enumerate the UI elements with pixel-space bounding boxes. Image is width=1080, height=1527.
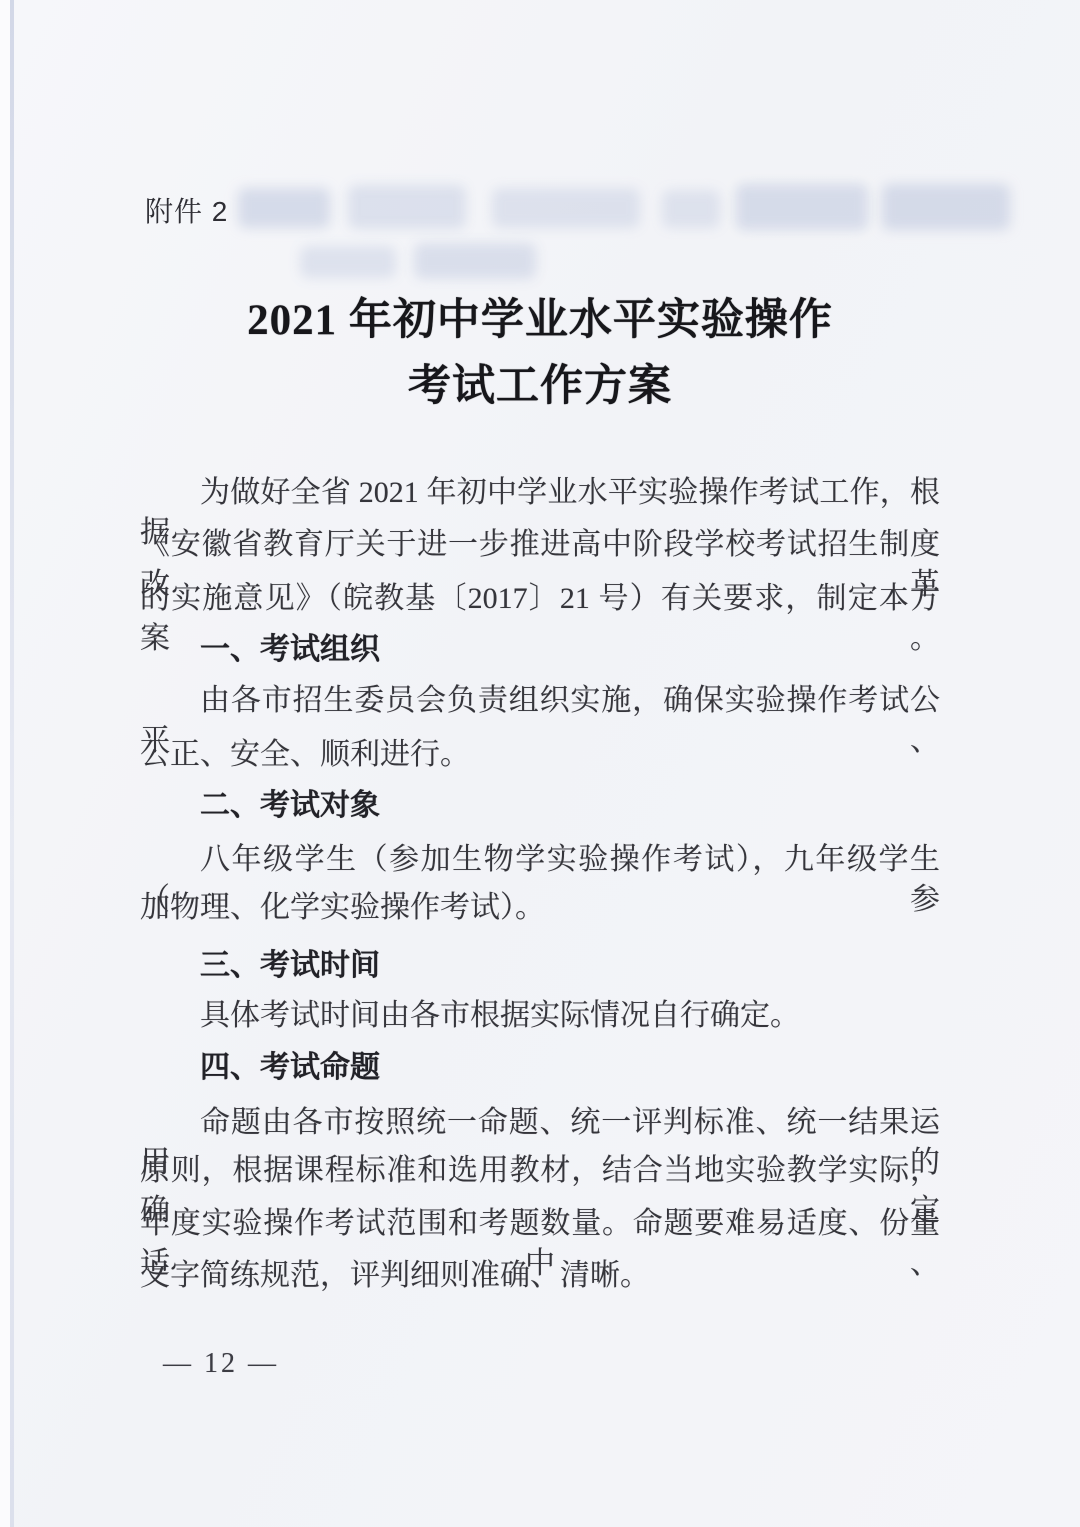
document-page: 附件 2 2021 年初中学业水平实验操作 考试工作方案 为做好全省 2021 … — [0, 0, 1080, 1527]
page-number: — 12 — — [163, 1348, 279, 1380]
scan-edge-line — [10, 0, 14, 1527]
section-2-line-2: 加物理、化学实验操作考试）。 — [140, 888, 940, 928]
bleed-through-artifact — [662, 190, 720, 228]
document-title-line1: 2021 年初中学业水平实验操作 — [140, 286, 940, 347]
bleed-through-artifact — [414, 243, 536, 279]
document-title-line2: 考试工作方案 — [140, 352, 940, 413]
scan-edge-strip — [0, 0, 10, 1527]
section-1-line-2: 公正、安全、顺利进行。 — [140, 735, 940, 775]
bleed-through-artifact — [882, 184, 1010, 230]
section-2-heading: 二、考试对象 — [140, 786, 940, 826]
section-3-heading: 三、考试时间 — [140, 946, 940, 986]
bleed-through-artifact — [492, 188, 640, 228]
section-4-line-4: 文字简练规范，评判细则准确、清晰。 — [140, 1256, 940, 1296]
section-4-heading: 四、考试命题 — [140, 1048, 940, 1088]
attachment-label: 附件 2 — [145, 190, 228, 230]
section-1-heading: 一、考试组织 — [140, 630, 940, 670]
bleed-through-artifact — [300, 246, 396, 278]
bleed-through-artifact — [348, 185, 466, 229]
bleed-through-artifact — [238, 188, 330, 228]
bleed-through-artifact — [736, 184, 868, 230]
section-3-line-1: 具体考试时间由各市根据实际情况自行确定。 — [140, 996, 940, 1036]
